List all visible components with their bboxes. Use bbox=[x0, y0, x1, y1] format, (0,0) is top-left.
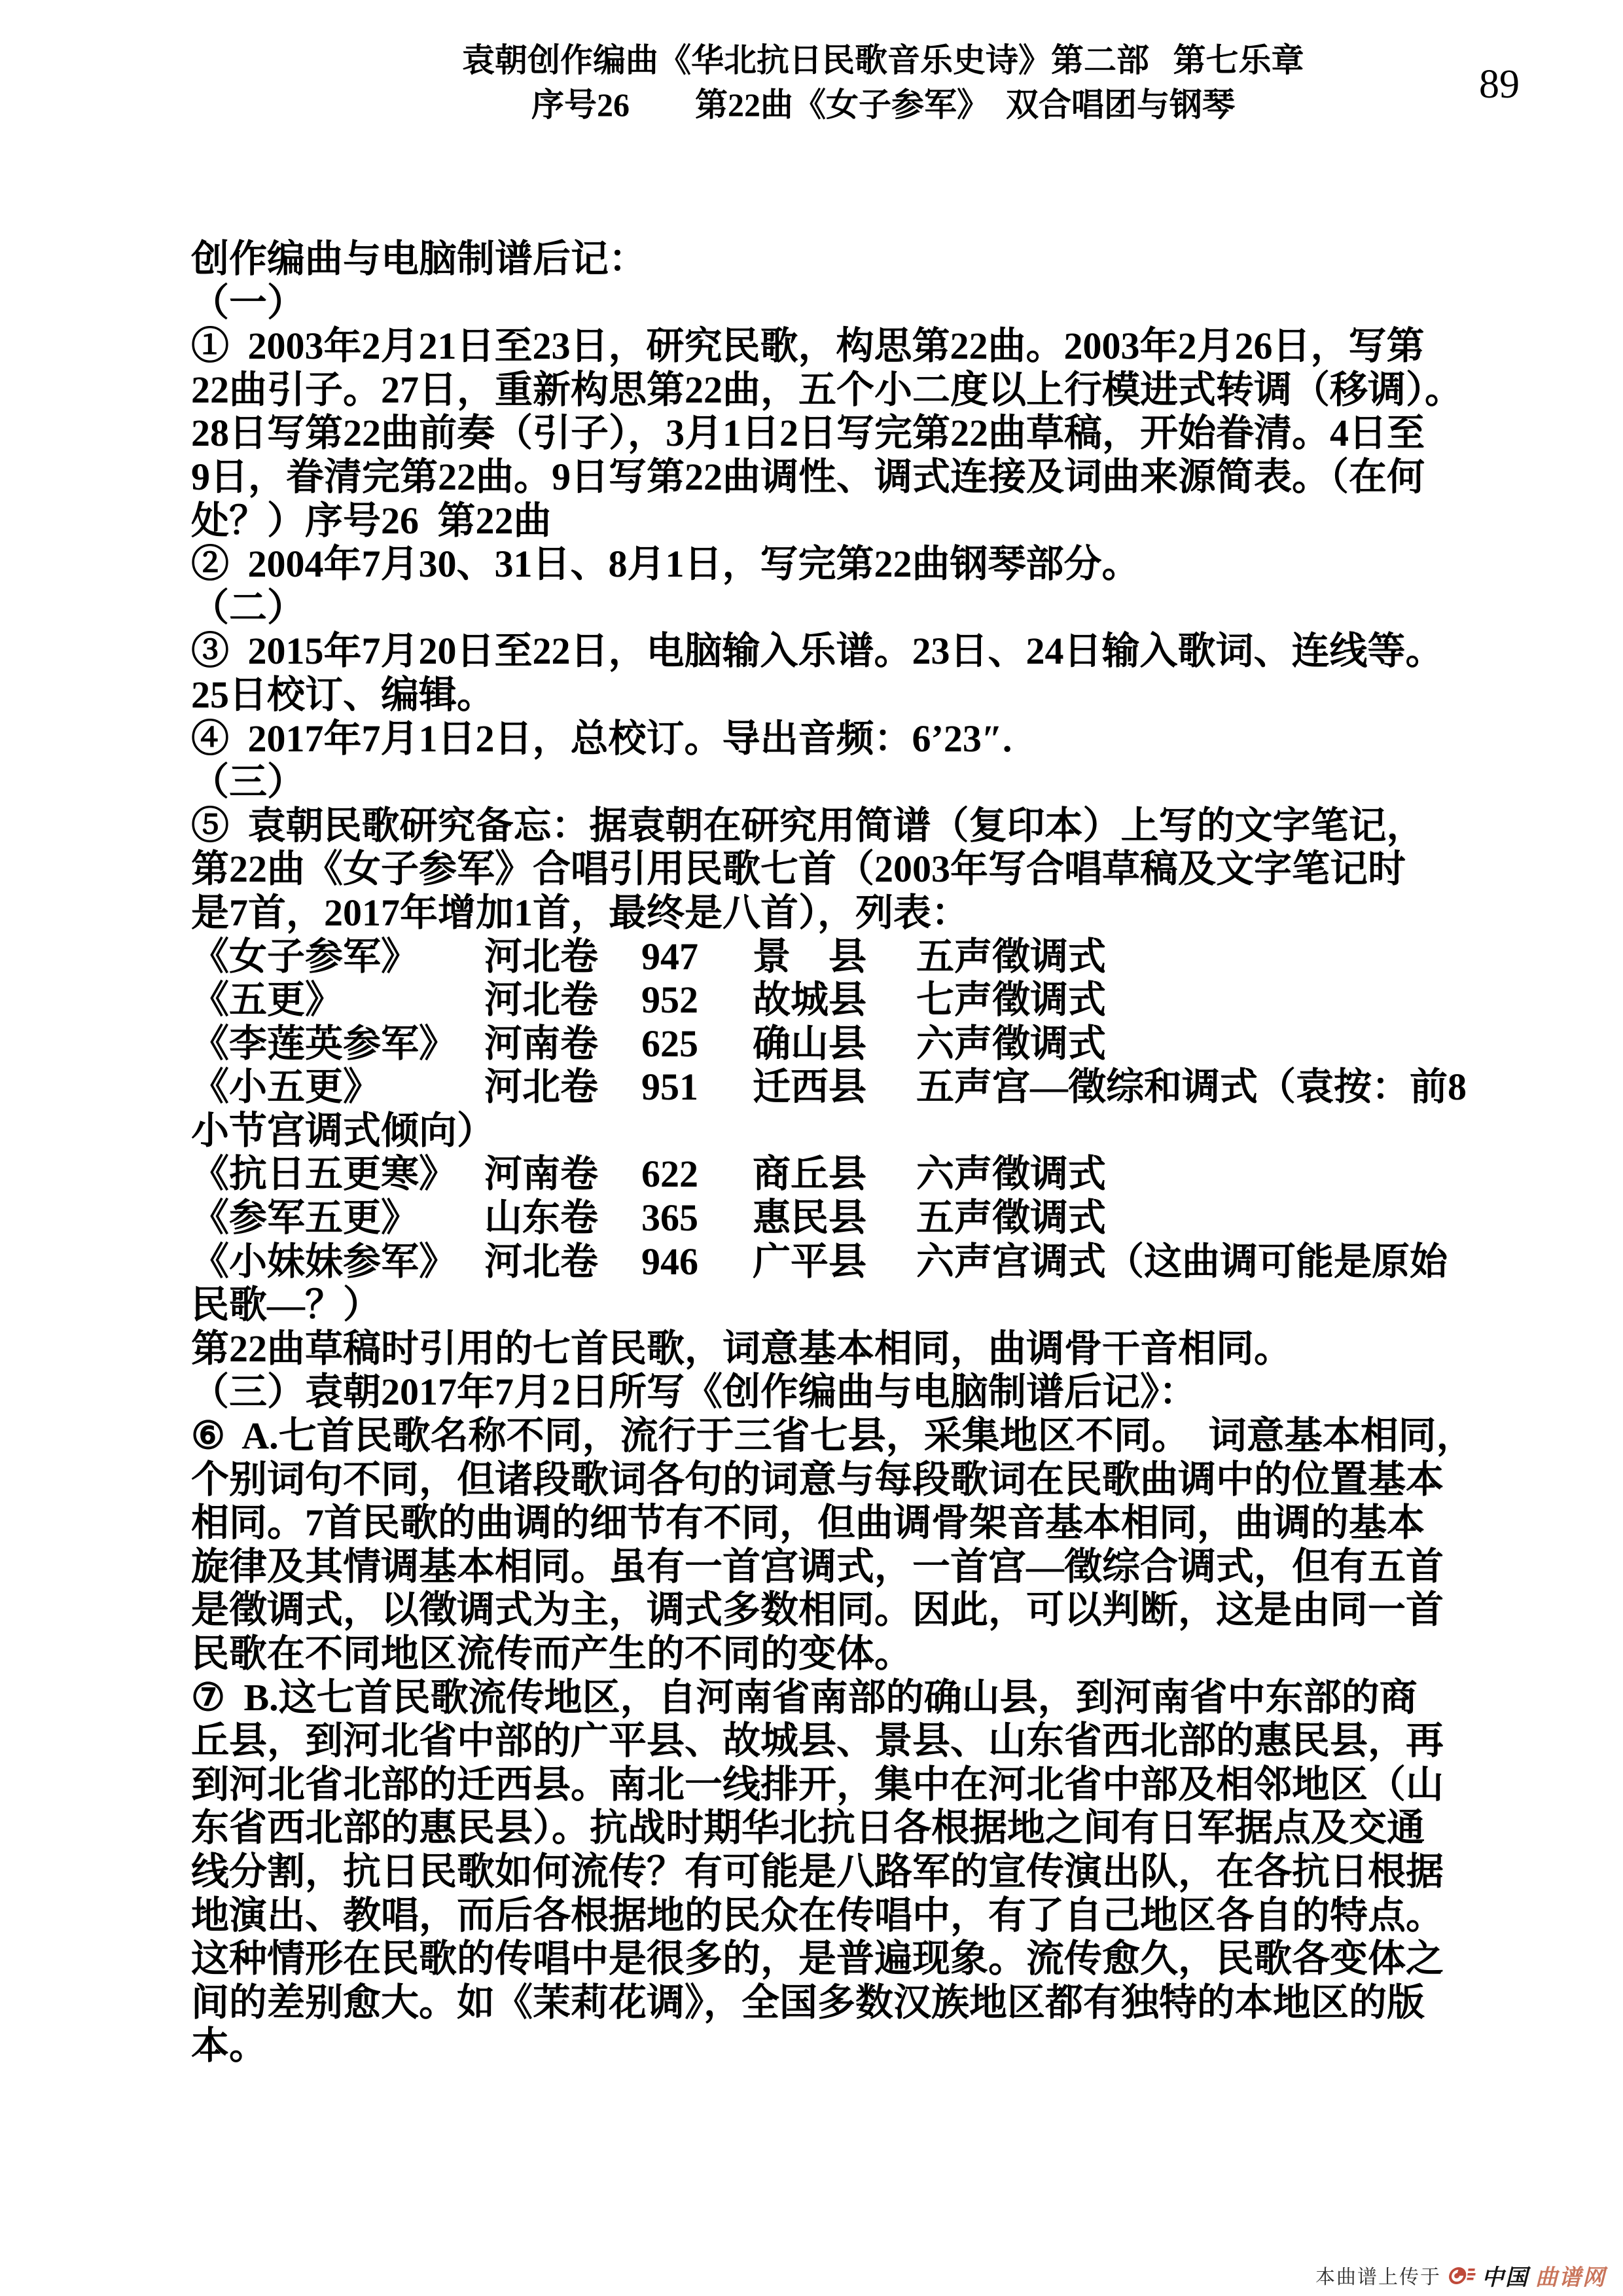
text-line: （二） bbox=[191, 586, 1467, 630]
song-title: 《抗日五更寒》 bbox=[191, 1153, 457, 1196]
text-line: 创作编曲与电脑制谱后记： bbox=[191, 238, 1467, 281]
text-line: ④ 2017年7月1日2日，总校订。导出音频：6’23″. bbox=[191, 717, 1467, 761]
song-title: 《小五更》 bbox=[191, 1066, 381, 1109]
song-title: 《参军五更》 bbox=[191, 1196, 419, 1240]
text-line: 9日，眷清完第22曲。9日写第22曲调性、调式连接及词曲来源简表。（在何 bbox=[191, 456, 1467, 499]
text-line: 28日写第22曲前奏（引子），3月1日2日写完第22曲草稿，开始眷清。4日至 bbox=[191, 412, 1467, 456]
text-line: 是7首，2017年增加1首，最终是八首），列表： bbox=[191, 891, 1467, 935]
mode: 七声徵调式 bbox=[916, 978, 1106, 1022]
document-page: 袁朝创作编曲《华北抗日民歌音乐史诗》第二部 第七乐章 序号26 第22曲《女子参… bbox=[0, 0, 1623, 2296]
song-table-row: 《五更》河北卷952故城县七声徵调式 bbox=[191, 978, 1467, 1022]
song-table-row: 《小五更》河北卷951迁西县五声宫—徵综和调式（袁按：前8 bbox=[191, 1066, 1467, 1109]
text-line: 小节宫调式倾向） bbox=[191, 1109, 1467, 1153]
text-line: ⑤ 袁朝民歌研究备忘：据袁朝在研究用简谱（复印本）上写的文字笔记， bbox=[191, 804, 1467, 848]
text-line: 旋律及其情调基本相同。虽有一首宫调式，一首宫—徵综合调式，但有五首 bbox=[191, 1545, 1467, 1589]
text-line: ⑥ A.七首民歌名称不同，流行于三省七县，采集地区不同。 词意基本相同， bbox=[191, 1414, 1467, 1458]
county: 广平县 bbox=[753, 1240, 866, 1284]
song-title: 《李莲英参军》 bbox=[191, 1022, 457, 1066]
text-line: 处？）序号26 第22曲 bbox=[191, 499, 1467, 543]
watermark-text: 本曲谱上传于 bbox=[1315, 2261, 1441, 2289]
text-line: ① 2003年2月21日至23日，研究民歌，构思第22曲。2003年2月26日，… bbox=[191, 325, 1467, 368]
song-table-row: 《小妹妹参军》河北卷946广平县六声宫调式（这曲调可能是原始 bbox=[191, 1240, 1467, 1284]
text-line: ② 2004年7月30、31日、8月1日，写完第22曲钢琴部分。 bbox=[191, 543, 1467, 586]
song-title: 《女子参军》 bbox=[191, 935, 419, 979]
page-number: 89 bbox=[1479, 63, 1520, 106]
mode: 六声徵调式 bbox=[916, 1153, 1106, 1196]
song-table-row: 《李莲英参军》河南卷625确山县六声徵调式 bbox=[191, 1022, 1467, 1066]
text-line: 相同。7首民歌的曲调的细节有不同，但曲调骨架音基本相同，曲调的基本 bbox=[191, 1501, 1467, 1545]
text-line: 是徵调式，以徵调式为主，调式多数相同。因此，可以判断，这是由同一首 bbox=[191, 1588, 1467, 1632]
text-line: 25日校订、编辑。 bbox=[191, 673, 1467, 717]
number: 947 bbox=[641, 935, 698, 979]
song-table-row: 《抗日五更寒》河南卷622商丘县六声徵调式 bbox=[191, 1153, 1467, 1196]
county: 迁西县 bbox=[753, 1066, 866, 1109]
county: 惠民县 bbox=[753, 1196, 866, 1240]
number: 622 bbox=[641, 1153, 698, 1196]
number: 952 bbox=[641, 978, 698, 1022]
text-line: （三） bbox=[191, 761, 1467, 804]
text-line: 民歌在不同地区流传而产生的不同的变体。 bbox=[191, 1632, 1467, 1676]
text-line: 民歌—？） bbox=[191, 1283, 1467, 1327]
page-title-line-2: 序号26 第22曲《女子参军》 双合唱团与钢琴 bbox=[531, 85, 1235, 124]
text-line: ③ 2015年7月20日至22日，电脑输入乐谱。23日、24日输入歌词、连线等。 bbox=[191, 630, 1467, 673]
text-line: 第22曲草稿时引用的七首民歌，词意基本相同，曲调骨干音相同。 bbox=[191, 1327, 1467, 1371]
brand-name-cn: 中国 bbox=[1482, 2259, 1529, 2291]
qupu-logo-icon bbox=[1449, 2263, 1476, 2287]
number: 625 bbox=[641, 1022, 698, 1066]
mode: 五声宫—徵综和调式（袁按：前8 bbox=[916, 1066, 1467, 1109]
text-line: 东省西北部的惠民县）。抗战时期华北抗日各根据地之间有日军据点及交通 bbox=[191, 1806, 1467, 1850]
text-line: 22曲引子。27日，重新构思第22曲，五个小二度以上行模进式转调（移调）。 bbox=[191, 368, 1467, 412]
text-line: 本。 bbox=[191, 2024, 1467, 2068]
text-line: 个别词句不同，但诸段歌词各句的词意与每段歌词在民歌曲调中的位置基本 bbox=[191, 1458, 1467, 1502]
text-line: （三）袁朝2017年7月2日所写《创作编曲与电脑制谱后记》： bbox=[191, 1371, 1467, 1414]
mode: 六声徵调式 bbox=[916, 1022, 1106, 1066]
number: 365 bbox=[641, 1196, 698, 1240]
volume: 河北卷 bbox=[484, 978, 598, 1022]
mode: 六声宫调式（这曲调可能是原始 bbox=[916, 1240, 1448, 1284]
mode: 五声徵调式 bbox=[916, 935, 1106, 979]
text-line: 到河北省北部的迁西县。南北一线排开，集中在河北省中部及相邻地区（山 bbox=[191, 1763, 1467, 1807]
county: 景 县 bbox=[753, 935, 866, 979]
volume: 河北卷 bbox=[484, 1240, 598, 1284]
volume: 河北卷 bbox=[484, 1066, 598, 1109]
volume: 河南卷 bbox=[484, 1153, 598, 1196]
county: 确山县 bbox=[753, 1022, 866, 1066]
text-line: 丘县，到河北省中部的广平县、故城县、景县、山东省西北部的惠民县，再 bbox=[191, 1719, 1467, 1763]
page-title-line-1: 袁朝创作编曲《华北抗日民歌音乐史诗》第二部 第七乐章 bbox=[462, 41, 1304, 80]
volume: 河北卷 bbox=[484, 935, 598, 979]
county: 商丘县 bbox=[753, 1153, 866, 1196]
brand-name-net: 曲谱网 bbox=[1535, 2259, 1606, 2291]
county: 故城县 bbox=[753, 978, 866, 1022]
text-line: ⑦ B.这七首民歌流传地区，自河南省南部的确山县，到河南省中东部的商 bbox=[191, 1676, 1467, 1720]
song-table-row: 《女子参军》河北卷947景 县五声徵调式 bbox=[191, 935, 1467, 979]
text-line: 线分割，抗日民歌如何流传？有可能是八路军的宣传演出队，在各抗日根据 bbox=[191, 1850, 1467, 1894]
watermark: 本曲谱上传于 中国 曲谱网 bbox=[1315, 2261, 1606, 2289]
text-line: 这种情形在民歌的传唱中是很多的，是普遍现象。流传愈久，民歌各变体之 bbox=[191, 1937, 1467, 1981]
document-body: 创作编曲与电脑制谱后记：（一）① 2003年2月21日至23日，研究民歌，构思第… bbox=[191, 238, 1467, 2068]
number: 946 bbox=[641, 1240, 698, 1284]
mode: 五声徵调式 bbox=[916, 1196, 1106, 1240]
volume: 河南卷 bbox=[484, 1022, 598, 1066]
text-line: 地演出、教唱，而后各根据地的民众在传唱中，有了自己地区各自的特点。 bbox=[191, 1894, 1467, 1938]
number: 951 bbox=[641, 1066, 698, 1109]
text-line: （一） bbox=[191, 281, 1467, 325]
volume: 山东卷 bbox=[484, 1196, 598, 1240]
song-table-row: 《参军五更》山东卷365惠民县五声徵调式 bbox=[191, 1196, 1467, 1240]
text-line: 间的差别愈大。如《茉莉花调》，全国多数汉族地区都有独特的本地区的版 bbox=[191, 1981, 1467, 2025]
text-line: 第22曲《女子参军》合唱引用民歌七首（2003年写合唱草稿及文字笔记时 bbox=[191, 848, 1467, 891]
song-title: 《小妹妹参军》 bbox=[191, 1240, 457, 1284]
song-title: 《五更》 bbox=[191, 978, 343, 1022]
